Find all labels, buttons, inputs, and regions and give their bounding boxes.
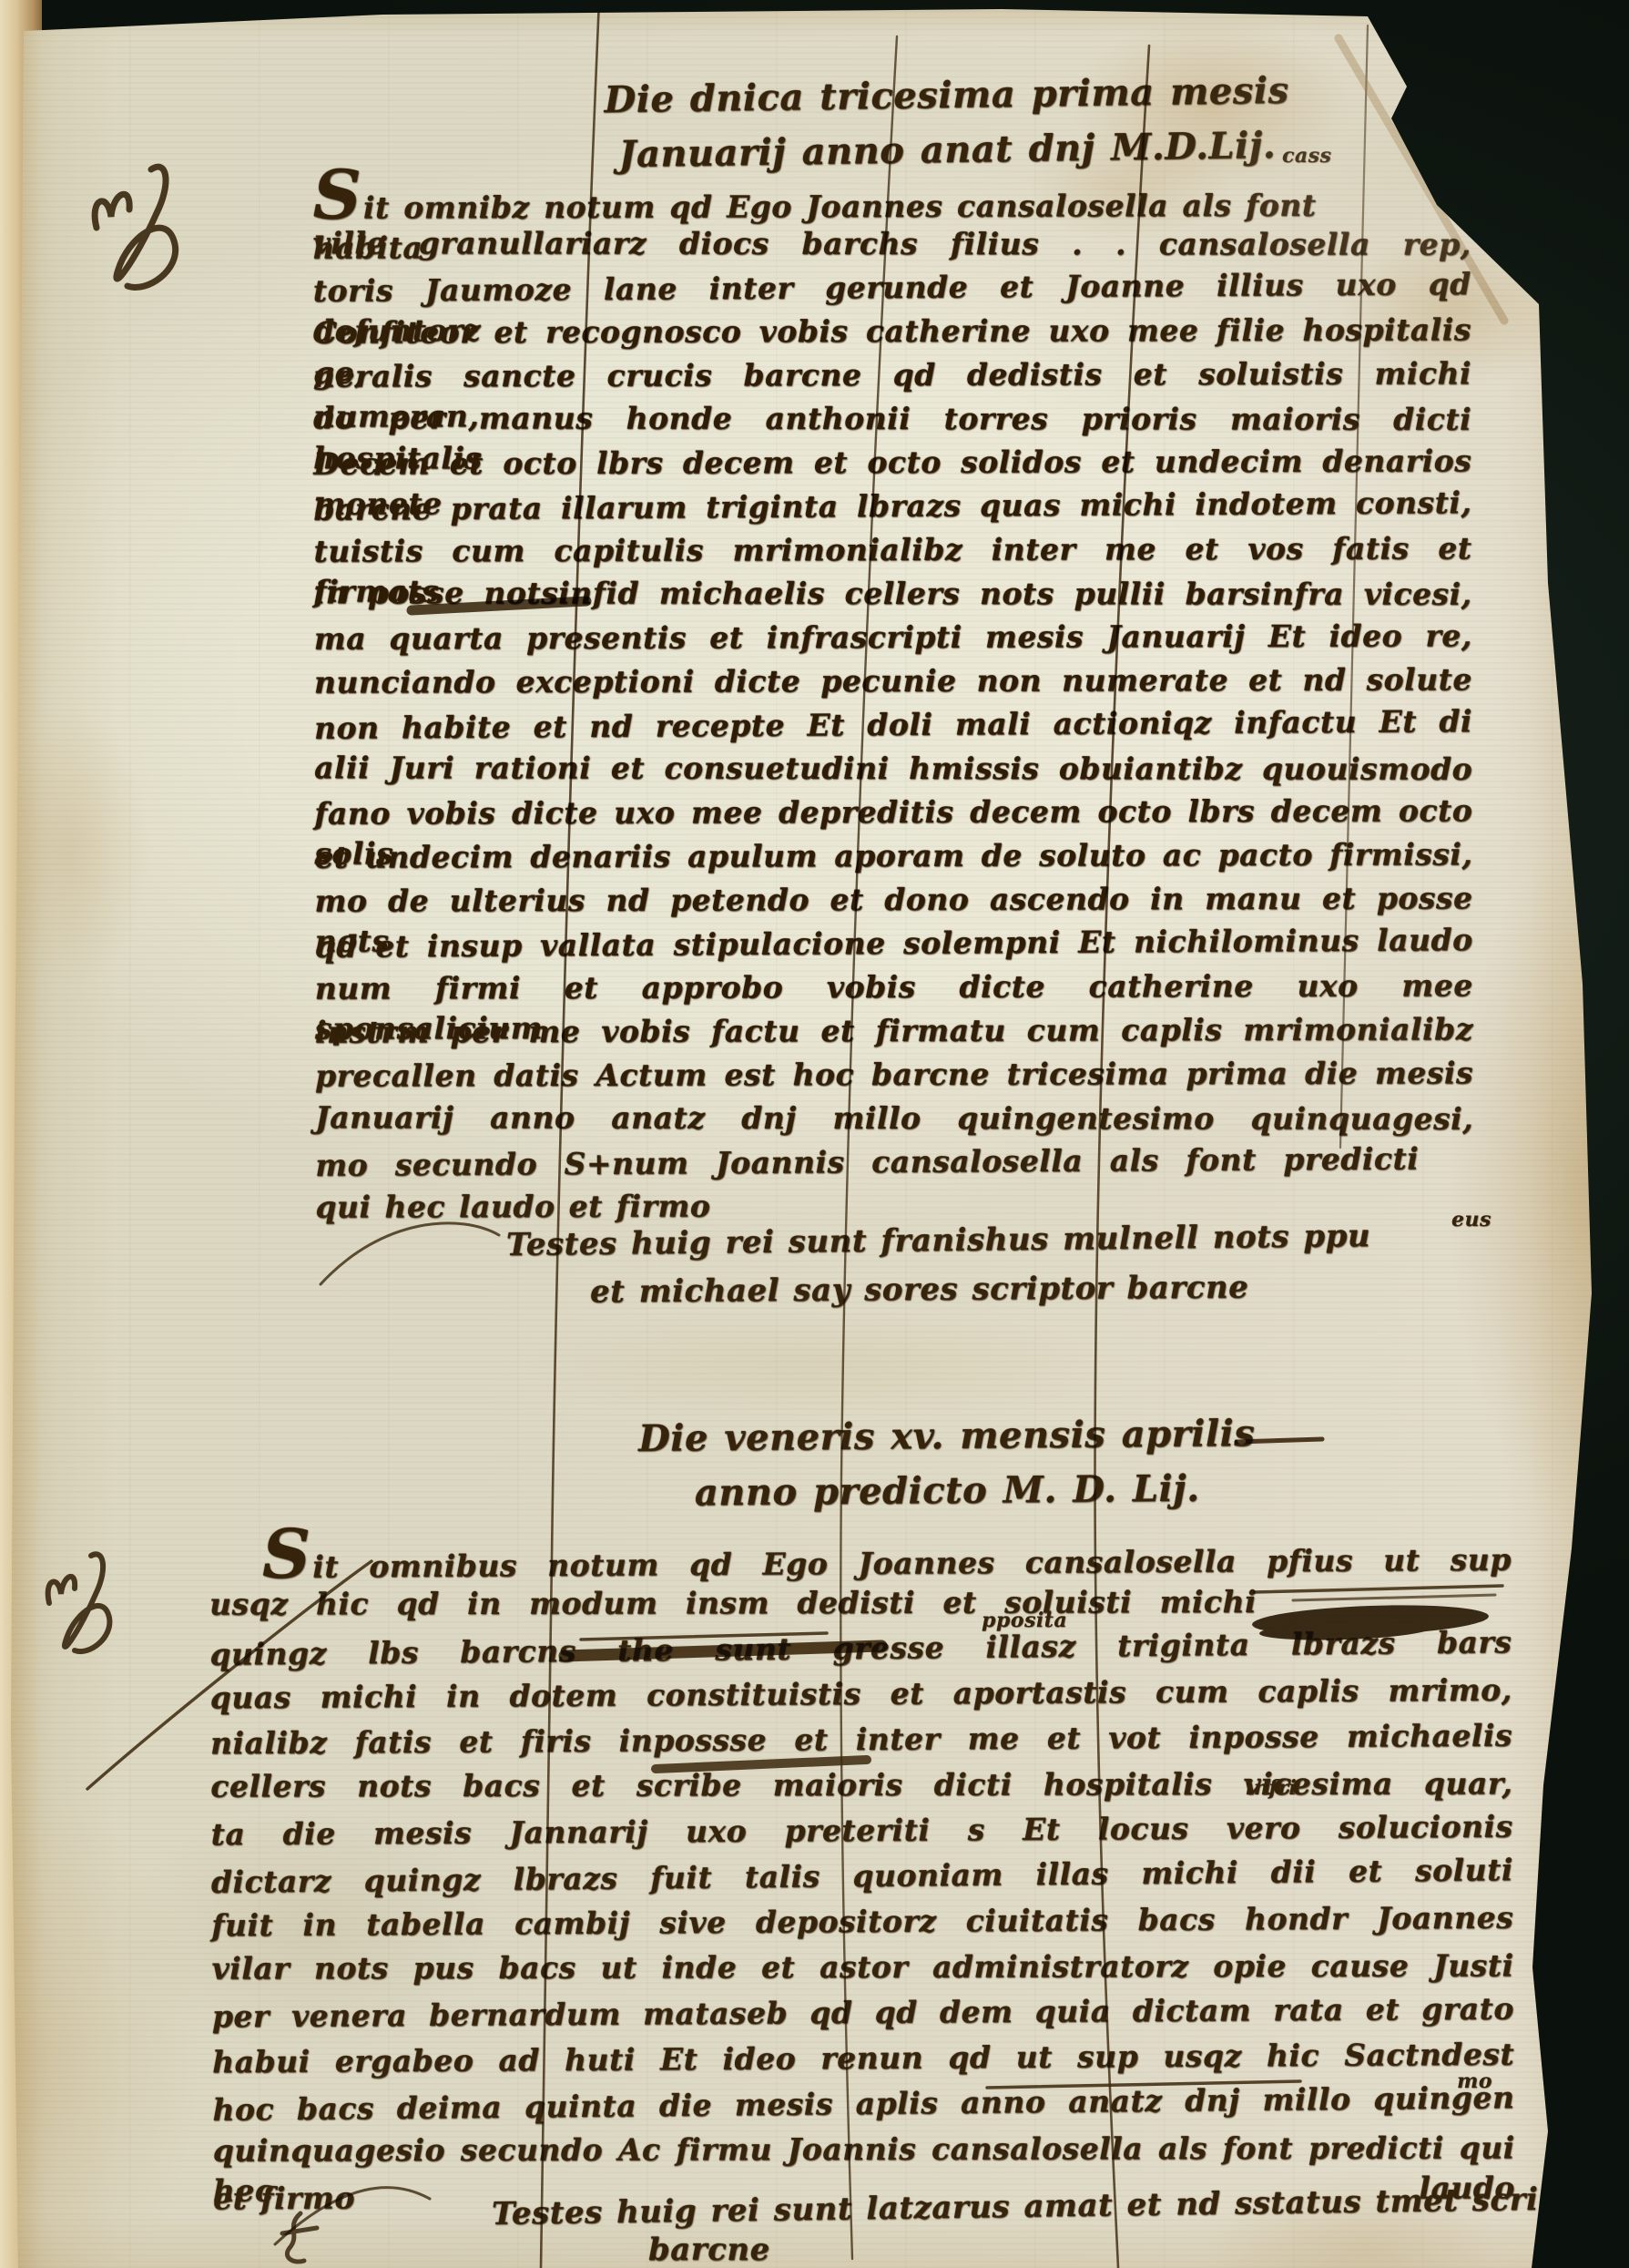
manuscript-photo: Die dnica tricesima prima mesis Januarij… — [0, 0, 1629, 2268]
pen-marks-overlay — [0, 0, 1629, 2268]
manuscript-paper: Die dnica tricesima prima mesis Januarij… — [0, 0, 1629, 2268]
